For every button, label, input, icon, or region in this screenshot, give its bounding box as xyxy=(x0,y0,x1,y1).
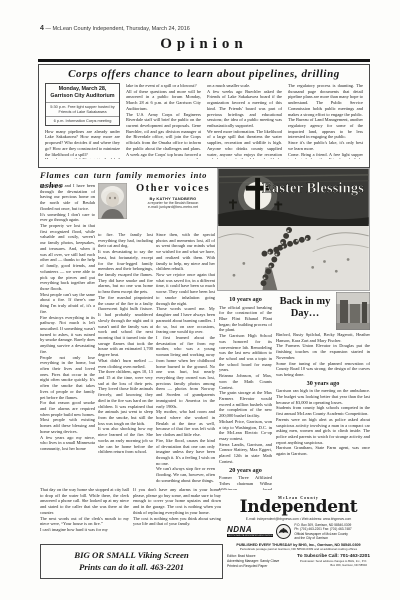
newspaper-opinion-page: 4 — McLean County Independent, Thursday,… xyxy=(0,0,400,600)
pipelines-col1: Monday, March 28, Garrison City Auditori… xyxy=(45,83,120,159)
other-voices-masthead: Other voices By KATHY TANDBERG a reporte… xyxy=(130,183,216,229)
columnist-portrait-photo xyxy=(98,183,127,219)
flames-col2-text: to fire. The family lost everything they… xyxy=(98,232,153,485)
flames-col4-text: That day on the way home she stopped at … xyxy=(40,487,129,539)
section-rule xyxy=(38,59,370,62)
ad-line-2: Prints can do it all. 463-2201 xyxy=(41,562,222,574)
other-voices-block: Other voices By KATHY TANDBERG a reporte… xyxy=(98,183,216,229)
back-in-my-day-col1: 10 years ago The official ground breakin… xyxy=(219,294,272,490)
flames-col3-text: Since then, with the special photos and … xyxy=(156,232,215,485)
pipelines-col1-text: How many pipelines are already under Lak… xyxy=(45,129,120,159)
pipelines-col2-text: lake in the event of a spill or a blowou… xyxy=(126,83,201,159)
pipelines-col4-text: The regulatory process is daunting. The … xyxy=(288,83,363,159)
newspaper-masthead: McLean County Independent E-mail: indepe… xyxy=(227,495,370,590)
event-meeting-line: 6 p.m. Information Corps meeting xyxy=(46,116,119,125)
back-in-my-day-title: Back in my Day… xyxy=(276,292,334,320)
pipelines-headline: Corps offers chance to learn about pipel… xyxy=(45,68,363,80)
back-in-my-day-photo xyxy=(336,292,370,330)
issue-line: — McLean County Independent, Thursday, M… xyxy=(44,26,190,32)
pipelines-columns: Monday, March 28, Garrison City Auditori… xyxy=(45,83,363,159)
event-supper-line: 5:30 p.m. Free light supper hosted by Fr… xyxy=(46,102,119,116)
flames-col5-text: If you don't have any alarms in your hom… xyxy=(133,487,221,539)
postmaster-note: Postmaster: Send address changes to BHG,… xyxy=(297,560,367,568)
back-in-my-day-col2: Back in my Day… Binford, Rusty Spilchal,… xyxy=(276,292,370,490)
masthead-logo-row: NDNA NORTH DAKOTA NEWSPAPER ASSOCIATION … xyxy=(227,523,370,540)
masthead-staff: Editor: Brad Moore Advertising Manager: … xyxy=(227,554,279,569)
masthead-periodicals-line: Periodicals postage paid at Garrison, ND… xyxy=(227,547,370,551)
viking-screen-prints-ad: BIG OR SMALL Viking Screen Prints can do… xyxy=(40,544,223,579)
thirty-years-ago-heading: 30 years ago xyxy=(276,380,370,387)
article-pipelines: Corps offers chance to learn about pipel… xyxy=(38,64,370,168)
columnist-email: e-mail: junkyard@beu-metro.net xyxy=(130,205,216,209)
masthead-name: Independent xyxy=(227,499,370,516)
ten-years-ago-text: The official ground breaking for the con… xyxy=(219,305,272,465)
thirty-years-ago-text: Garrison ran high in the meeting on the … xyxy=(276,388,370,457)
easter-blessings-artwork: Easter Blessings xyxy=(217,168,370,291)
easter-caption: Easter Blessings xyxy=(262,181,364,197)
event-info-box: Monday, March 28, Garrison City Auditori… xyxy=(45,83,120,126)
twenty-years-ago-continued-text: Binford, Rusty Spilchal, Becky Hagerott,… xyxy=(276,332,370,378)
ndna-logo-subtext: NORTH DAKOTA NEWSPAPER ASSOCIATION xyxy=(227,534,273,537)
folio-line: 4 — McLean County Independent, Thursday,… xyxy=(40,25,240,32)
twenty-years-ago-text: Former Three Affiliated Tribes chairman … xyxy=(219,475,272,490)
event-title: Monday, March 28, Garrison City Auditori… xyxy=(46,84,119,102)
other-voices-title: Other voices xyxy=(130,183,216,194)
ndna-logo-text: NDNA xyxy=(227,526,273,534)
subscribe-phone-line: To Subscribe Call: 701-463-2201 xyxy=(297,554,370,559)
eagle-emblem-icon xyxy=(276,524,291,539)
back-in-my-day-header: Back in my Day… xyxy=(276,292,370,330)
ten-years-ago-heading: 10 years ago xyxy=(219,296,272,303)
masthead-contact-line: E-mail: independent@bhgnews.com • Web ad… xyxy=(227,517,370,521)
ndna-logo: NDNA NORTH DAKOTA NEWSPAPER ASSOCIATION xyxy=(227,526,273,537)
twenty-years-ago-heading: 20 years ago xyxy=(219,467,272,474)
masthead-recycled-note: Printed on Recycled Paper xyxy=(227,564,279,569)
pipelines-col3-text: on a much smaller scale. A few weeks ago… xyxy=(207,83,282,159)
flames-col1-text: My husband and I have been through the d… xyxy=(40,183,95,485)
masthead-address: P.O. Box 309, Garrison, ND 58540-0309 Ph… xyxy=(294,523,370,540)
masthead-bottom-row: Editor: Brad Moore Advertising Manager: … xyxy=(227,554,370,569)
masthead-subscribe-block: To Subscribe Call: 701-463-2201 Postmast… xyxy=(297,554,370,569)
section-title: Opinion xyxy=(38,36,370,53)
ad-line-1: BIG OR SMALL Viking Screen xyxy=(41,550,222,562)
